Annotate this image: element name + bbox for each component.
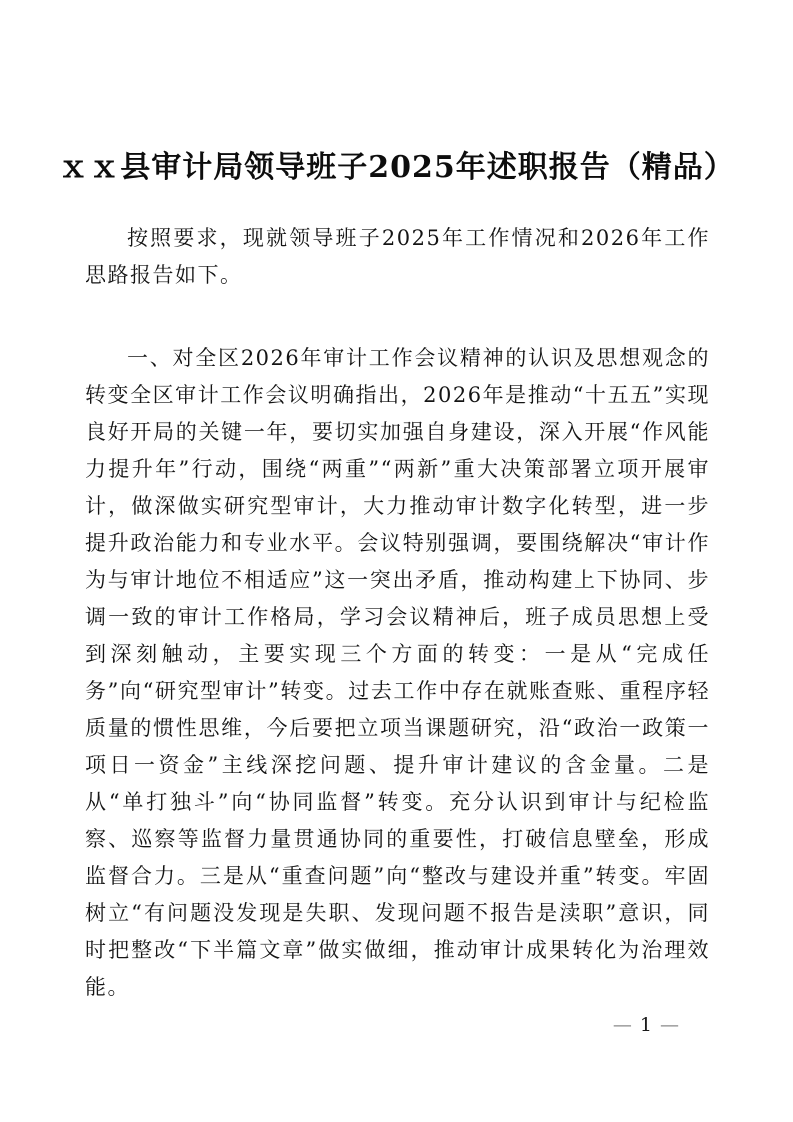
document-title: ｘｘ县审计局领导班子2025年述职报告（精品） [0,0,793,192]
document-body: 按照要求，现就领导班子2025年工作情况和2026年工作思路报告如下。 一、对全… [85,220,710,1006]
document-page: ｘｘ县审计局领导班子2025年述职报告（精品） 按照要求，现就领导班子2025年… [0,0,793,1122]
main-paragraph: 一、对全区2026年审计工作会议精神的认识及思想观念的转变全区审计工作会议明确指… [85,340,710,1006]
intro-paragraph: 按照要求，现就领导班子2025年工作情况和2026年工作思路报告如下。 [85,220,710,294]
page-number: —1— [613,1014,681,1036]
page-number-value: 1 [634,1014,660,1036]
page-number-dash-right: — [660,1014,681,1036]
page-number-dash-left: — [613,1014,634,1036]
